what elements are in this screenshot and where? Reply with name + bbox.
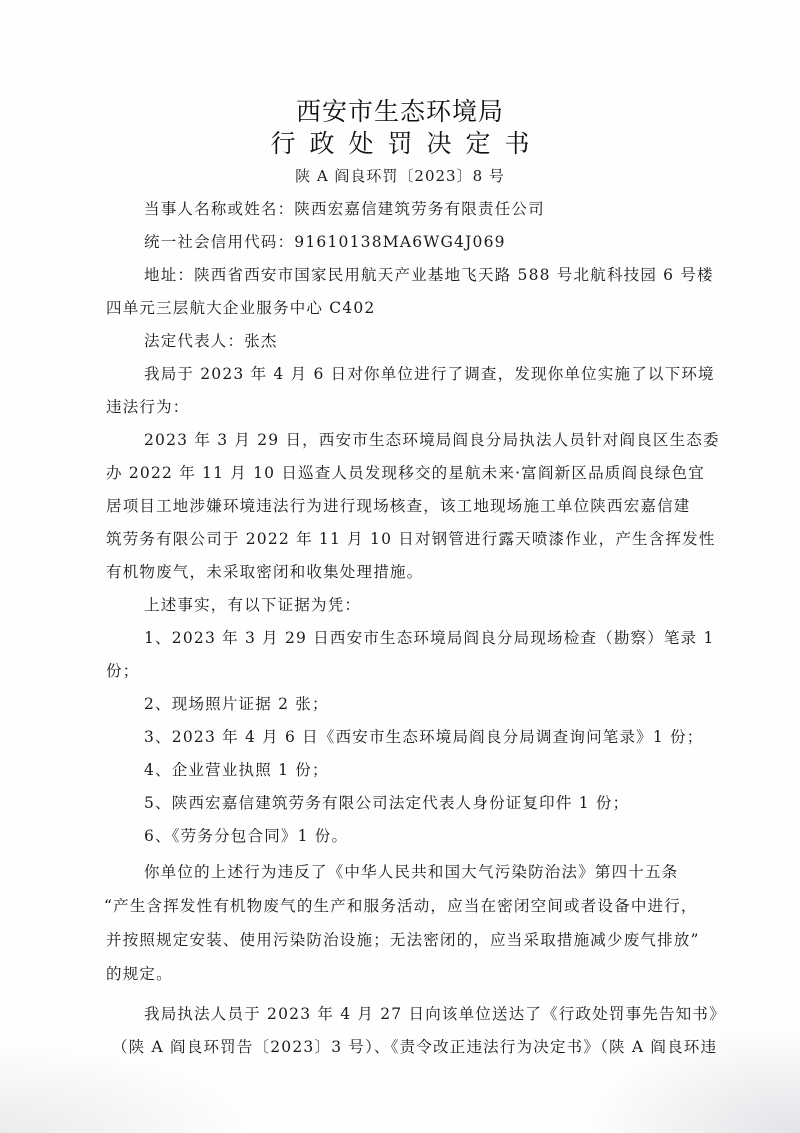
facts-line-4: 筑劳务有限公司于 2022 年 11 月 10 日对钢管进行露天喷漆作业，产生含… (106, 529, 716, 549)
violation-line-4: 的规定。 (106, 964, 173, 984)
agency-title: 西安市生态环境局 (0, 92, 800, 128)
facts-line-3: 居项目工地涉嫌环境违法行为进行现场核查，该工地现场施工单位陕西宏嘉信建 (106, 496, 691, 516)
evidence-item-3: 3、2023 年 4 月 6 日《西安市生态环境局阎良分局调查询问笔录》1 份； (144, 727, 703, 747)
facts-line-5: 有机物废气，未采取密闭和收集处理措施。 (106, 562, 423, 582)
document-type-title: 行政处罚决定书 (0, 124, 800, 160)
evidence-item-6: 6、《劳务分包合同》1 份。 (144, 826, 348, 846)
violation-line-1: 你单位的上述行为违反了《中华人民共和国大气污染防治法》第四十五条 (144, 862, 678, 882)
facts-line-1: 2023 年 3 月 29 日，西安市生态环境局阎良分局执法人员针对阎良区生态委 (144, 430, 720, 450)
document-page: 西安市生态环境局 行政处罚决定书 陕 A 阎良环罚〔2023〕8 号 当事人名称… (0, 0, 800, 1133)
evidence-item-1: 1、2023 年 3 月 29 日西安市生态环境局阎良分局现场检查（勘察）笔录 … (144, 628, 715, 648)
evidence-item-1-cont: 份； (106, 661, 139, 681)
evidence-item-4: 4、企业营业执照 1 份； (144, 760, 329, 780)
credit-code: 统一社会信用代码：91610138MA6WG4J069 (144, 232, 506, 252)
facts-line-2: 办 2022 年 11 月 10 日巡查人员发现移交的星航未来·富阎新区品质阎良… (106, 463, 705, 483)
evidence-item-5: 5、陕西宏嘉信建筑劳务有限公司法定代表人身份证复印件 1 份； (144, 793, 629, 813)
evidence-intro: 上述事实，有以下证据为凭： (144, 595, 361, 615)
investigation-line-2: 违法行为： (106, 397, 190, 417)
party-name: 当事人名称或姓名：陕西宏嘉信建筑劳务有限责任公司 (144, 199, 545, 219)
notice-line-2: （陕 A 阎良环罚告〔2023〕3 号）、《责令改正违法行为决定书》（陕 A 阎… (112, 1037, 717, 1057)
evidence-item-2: 2、现场照片证据 2 张； (144, 694, 329, 714)
violation-line-3: 并按照规定安装、使用污染防治设施；无法密闭的，应当采取措施减少废气排放” (106, 930, 700, 950)
address-line-1: 地址：陕西省西安市国家民用航天产业基地飞天路 588 号北航科技园 6 号楼 (144, 265, 714, 285)
investigation-line-1: 我局于 2023 年 4 月 6 日对你单位进行了调查，发现你单位实施了以下环境 (144, 364, 715, 384)
legal-representative: 法定代表人：张杰 (144, 331, 278, 351)
document-number: 陕 A 阎良环罚〔2023〕8 号 (0, 165, 800, 186)
notice-line-1: 我局执法人员于 2023 年 4 月 27 日向该单位送达了《行政处罚事先告知书… (144, 1004, 726, 1024)
address-line-2: 四单元三层航大企业服务中心 C402 (106, 298, 375, 318)
violation-line-2: “产生含挥发性有机物废气的生产和服务活动，应当在密闭空间或者设备中进行， (104, 896, 698, 916)
